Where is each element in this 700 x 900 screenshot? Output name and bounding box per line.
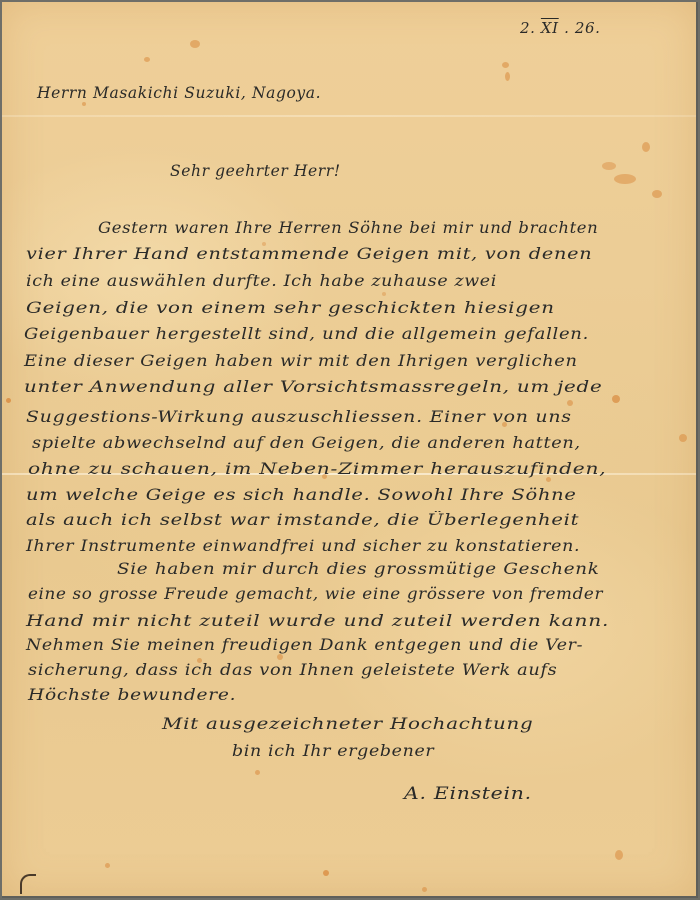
body-line: vier Ihrer Hand entstammende Geigen mit,…: [26, 245, 592, 263]
recipient-line: Herrn Masakichi Suzuki, Nagoya.: [37, 84, 321, 102]
date-month: XI: [541, 19, 559, 37]
closing-line-1: Mit ausgezeichneter Hochachtung: [162, 715, 534, 733]
body-line: Geigen, die von einem sehr geschickten h…: [26, 299, 555, 317]
body-line: Suggestions-Wirkung auszuschliessen. Ein…: [26, 408, 572, 426]
body-line: eine so grosse Freude gemacht, wie eine …: [28, 585, 603, 603]
body-line: Gestern waren Ihre Herren Söhne bei mir …: [98, 219, 598, 237]
body-line: Eine dieser Geigen haben wir mit den Ihr…: [24, 352, 578, 370]
body-line: als auch ich selbst war imstande, die Üb…: [26, 511, 579, 529]
body-line: spielte abwechselnd auf den Geigen, die …: [32, 434, 581, 452]
body-line: um welche Geige es sich handle. Sowohl I…: [26, 486, 577, 504]
letter-page: 2. XI . 26. Herrn Masakichi Suzuki, Nago…: [2, 2, 698, 898]
closing-line-2: bin ich Ihr ergebener: [232, 742, 434, 760]
salutation: Sehr geehrter Herr!: [170, 162, 341, 180]
letter-date: 2. XI . 26.: [520, 19, 600, 37]
body-line: Höchste bewundere.: [28, 686, 236, 704]
paper-fold-line: [2, 115, 696, 117]
paper-curl-mark: [20, 874, 36, 894]
body-line: Hand mir nicht zuteil wurde und zuteil w…: [26, 612, 609, 630]
body-line: unter Anwendung aller Vorsichtsmassregel…: [24, 378, 603, 396]
date-year: . 26.: [564, 19, 600, 37]
date-day: 2.: [520, 19, 536, 37]
body-line: Ihrer Instrumente einwandfrei und sicher…: [26, 537, 580, 555]
body-line: Geigenbauer hergestellt sind, und die al…: [24, 325, 589, 343]
body-line: sicherung, dass ich das von Ihnen geleis…: [28, 661, 557, 679]
body-line: ich eine auswählen durfte. Ich habe zuha…: [26, 272, 497, 290]
body-line: Nehmen Sie meinen freudigen Dank entgege…: [26, 636, 583, 654]
body-line: ohne zu schauen, im Neben-Zimmer herausz…: [28, 460, 606, 478]
signature: A. Einstein.: [404, 784, 532, 804]
body-line: Sie haben mir durch dies grossmütige Ges…: [117, 560, 600, 578]
